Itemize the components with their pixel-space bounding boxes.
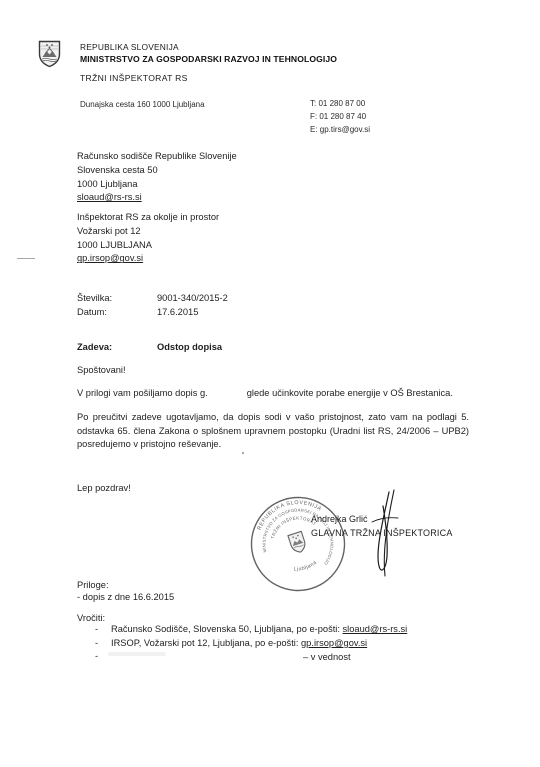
letterhead-fax: F: 01 280 87 40 xyxy=(310,110,370,123)
paragraph-1: V prilogi vam pošiljamo dopis g.glede uč… xyxy=(77,387,469,401)
recipient-2-name: Inšpektorat RS za okolje in prostor xyxy=(77,211,219,225)
recipient-2-street: Vožarski pot 12 xyxy=(77,225,219,239)
signer-title: GLAVNA TRŽNA INŠPEKTORICA xyxy=(311,528,453,538)
closing: Lep pozdrav! xyxy=(77,482,131,496)
delivery-item-3-suffix: – v vednost xyxy=(303,651,351,665)
delivery-item-2-text: IRSOP, Vožarski pot 12, Ljubljana, po e-… xyxy=(111,638,367,648)
attachments-item: - dopis z dne 16.6.2015 xyxy=(77,591,174,605)
handwritten-signature xyxy=(358,488,404,589)
recipient-1-name: Računsko sodišče Republike Slovenije xyxy=(77,150,237,164)
scan-dot-artifact xyxy=(242,452,244,454)
official-stamp: REPUBLIKA SLOVENIJA MINISTRSTVO ZA GOSPO… xyxy=(235,481,361,607)
number-label: Številka: xyxy=(77,292,157,306)
redacted-smudge xyxy=(108,652,166,656)
delivery-item-1-dash: - xyxy=(95,624,98,634)
subject-value: Odstop dopisa xyxy=(157,342,222,352)
recipient-1-email-link[interactable]: sloaud@rs-rs.si xyxy=(77,191,237,205)
letterhead-address: Dunajska cesta 160 1000 Ljubljana xyxy=(80,98,205,111)
recipient-2-city: 1000 LJUBLJANA xyxy=(77,239,219,253)
letterhead-phone: T: 01 280 87 00 xyxy=(310,97,370,110)
letterhead-contacts: T: 01 280 87 00 F: 01 280 87 40 E: gp.ti… xyxy=(310,97,370,136)
letterhead-republic: REPUBLIKA SLOVENIJA xyxy=(80,42,337,52)
recipient-block-2: Inšpektorat RS za okolje in prostor Voža… xyxy=(77,211,219,266)
subject-row: Zadeva:Odstop dopisa xyxy=(77,341,222,355)
date-value: 17.6.2015 xyxy=(157,307,198,317)
delivery-item-1-body: Računsko Sodišče, Slovenska 50, Ljubljan… xyxy=(111,624,343,634)
coat-of-arms-logo xyxy=(38,40,61,73)
salutation: Spoštovani! xyxy=(77,364,126,378)
fold-mark xyxy=(17,258,35,259)
svg-text:Ljubljana: Ljubljana xyxy=(292,559,319,575)
paragraph-2: Po preučitvi zadeve ugotavljamo, da dopi… xyxy=(77,411,469,452)
paragraph-1-before-gap: V prilogi vam pošiljamo dopis g. xyxy=(77,388,208,398)
delivery-item-3-dash: - xyxy=(95,651,98,661)
stamp-coat-of-arms xyxy=(288,531,307,554)
recipient-2-email-link[interactable]: gp.irsop@gov.si xyxy=(77,252,219,266)
recipient-1-street: Slovenska cesta 50 xyxy=(77,164,237,178)
letterhead-office: TRŽNI INŠPEKTORAT RS xyxy=(80,73,337,83)
number-value: 9001-340/2015-2 xyxy=(157,293,228,303)
recipient-1-city: 1000 Ljubljana xyxy=(77,178,237,192)
stamp-bottom-text: Ljubljana xyxy=(292,559,319,575)
paragraph-1-after-gap: glede učinkovite porabe energije v OŠ Br… xyxy=(247,388,453,398)
subject-label: Zadeva: xyxy=(77,341,157,355)
letterhead: REPUBLIKA SLOVENIJA MINISTRSTVO ZA GOSPO… xyxy=(80,42,337,83)
date-label: Datum: xyxy=(77,306,157,320)
delivery-item-2-email-link[interactable]: gp.irsop@gov.si xyxy=(301,638,367,648)
delivery-label: Vročiti: xyxy=(77,612,105,626)
delivery-item-2-body: IRSOP, Vožarski pot 12, Ljubljana, po e-… xyxy=(111,638,301,648)
delivery-item-1-text: Računsko Sodišče, Slovenska 50, Ljubljan… xyxy=(111,624,407,634)
letterhead-email: E: gp.tirs@gov.si xyxy=(310,123,370,136)
signer-name: Andrejka Grlić xyxy=(311,514,368,524)
recipient-block-1: Računsko sodišče Republike Slovenije Slo… xyxy=(77,150,237,205)
delivery-item-2-dash: - xyxy=(95,638,98,648)
delivery-item-1-email-link[interactable]: sloaud@rs-rs.si xyxy=(343,624,408,634)
scanned-letter-page: REPUBLIKA SLOVENIJA MINISTRSTVO ZA GOSPO… xyxy=(0,0,540,767)
reference-block: Številka:9001-340/2015-2 Datum:17.6.2015 xyxy=(77,292,228,320)
letterhead-ministry: MINISTRSTVO ZA GOSPODARSKI RAZVOJ IN TEH… xyxy=(80,54,337,64)
